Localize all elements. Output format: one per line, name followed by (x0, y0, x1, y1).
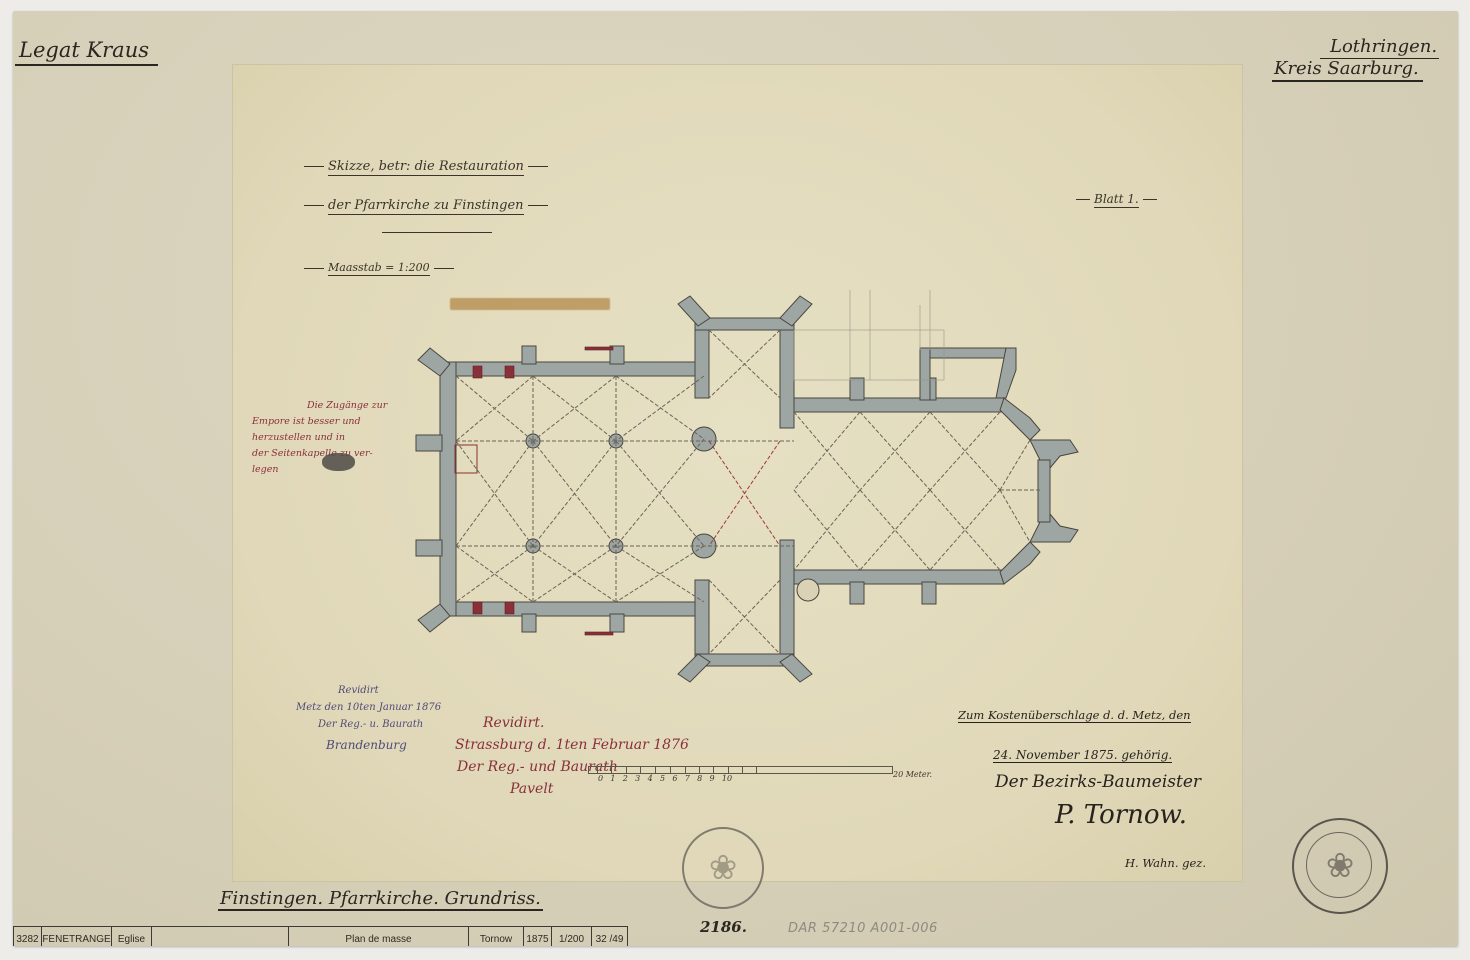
copyist-note: H. Wahn. gez. (1125, 856, 1206, 870)
scale-label: Maasstab = 1:200 (300, 261, 458, 274)
archive-stamp-center: ❀ (682, 827, 764, 909)
revision-note-metz: Revidirt Metz den 10ten Januar 1876 Der … (296, 682, 441, 754)
index-cell-sheet-count: 32 /49 (592, 927, 628, 946)
estimate-note-line-1: Zum Kostenüberschlage d. d. Metz, den (958, 708, 1191, 723)
inventory-number: 2186. (700, 918, 747, 936)
revision-note-strassburg: Revidirt. Strassburg d. 1ten Februar 187… (455, 712, 689, 800)
index-cell-empty (152, 927, 289, 946)
index-cell-year: 1875 (524, 927, 552, 946)
top-right-label-district: Kreis Saarburg. (1272, 58, 1423, 82)
margin-note-red: Die Zugänge zur Empore ist besser und he… (252, 398, 387, 478)
scale-bar-labels: 01 23 45 67 89 10 (598, 774, 732, 783)
index-cell-commune: FENETRANGE (42, 927, 112, 946)
title-line-2: der Pfarrkirche zu Finstingen (300, 198, 552, 213)
title-divider (382, 232, 492, 233)
scale-bar-end-label: 20 Meter. (893, 770, 932, 779)
top-right-label-region: Lothringen. (1320, 36, 1439, 59)
index-cell-type: Eglise (112, 927, 152, 946)
index-cell-plan-type: Plan de masse (289, 927, 469, 946)
index-cell-author: Tornow (469, 927, 524, 946)
tornow-signature: P. Tornow. (1055, 800, 1187, 830)
sheet-number-label: Blatt 1. (1072, 192, 1161, 206)
index-cell-scale: 1/200 (552, 927, 592, 946)
archive-stamp-right: ❀ (1292, 818, 1388, 914)
estimate-note-line-3: Der Bezirks-Baumeister (995, 772, 1201, 792)
ink-smudge (322, 453, 355, 471)
pencil-reference: DAR 57210 A001-006 (788, 921, 938, 936)
eagle-emblem-icon: ❀ (1326, 846, 1355, 886)
eagle-emblem-icon: ❀ (709, 848, 738, 888)
bottom-title: Finstingen. Pfarrkirche. Grundriss. (218, 888, 543, 909)
title-line-1: Skizze, betr: die Restauration (300, 159, 552, 174)
index-cell-number: 3282 (14, 927, 42, 946)
scale-bar (588, 766, 893, 774)
estimate-note-line-2: 24. November 1875. gehörig. (993, 748, 1172, 763)
catalog-index-table: 3282 FENETRANGE Eglise Plan de masse Tor… (13, 926, 628, 946)
church-floor-plan (410, 290, 1090, 710)
top-left-label: Legat Kraus (15, 38, 158, 66)
